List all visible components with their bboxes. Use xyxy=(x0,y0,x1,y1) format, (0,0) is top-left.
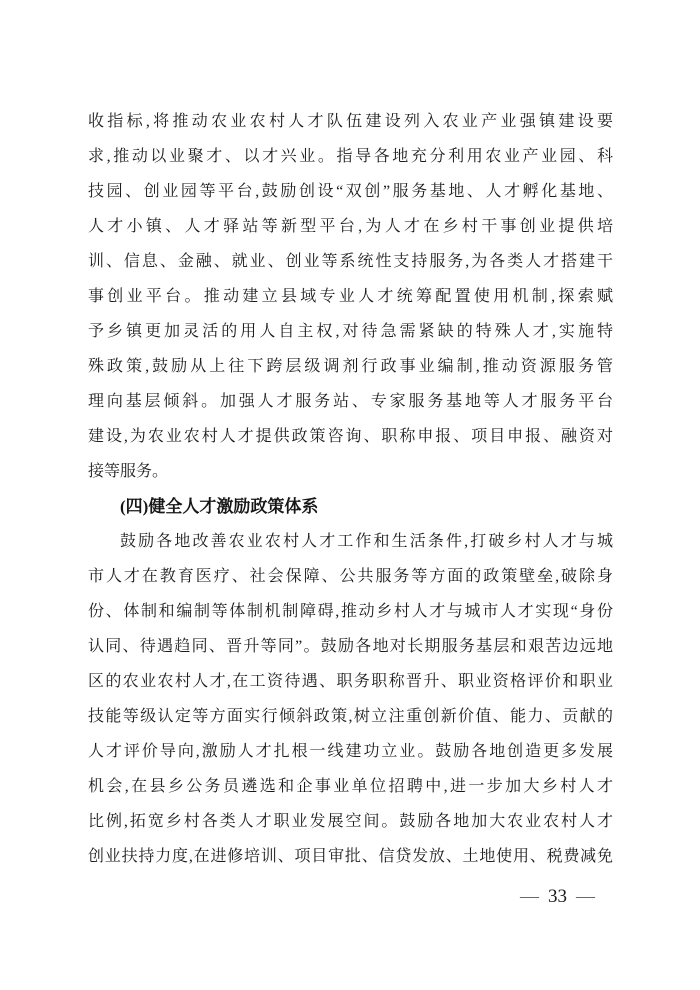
page-footer: — 33 — xyxy=(520,886,595,908)
body-line: 建设,为农业农村人才提供政策咨询、职称申报、项目申报、融资对 xyxy=(88,419,613,454)
body-line: 比例,拓宽乡村各类人才职业发展空间。鼓励各地加大农业农村人才 xyxy=(88,804,613,839)
body-line: 训、信息、金融、就业、创业等系统性支持服务,为各类人才搭建干 xyxy=(88,244,613,279)
body-line: 份、体制和编制等体制机制障碍,推动乡村人才与城市人才实现“身份 xyxy=(88,594,613,629)
body-line: 创业扶持力度,在进修培训、项目审批、信贷发放、土地使用、税费减免 xyxy=(88,839,613,874)
body-line-paragraph-end: 接等服务。 xyxy=(88,454,613,489)
page-number-dash-left: — xyxy=(520,886,539,908)
body-line: 殊政策,鼓励从上往下跨层级调剂行政事业编制,推动资源服务管 xyxy=(88,349,613,384)
body-line: 收指标,将推动农业农村人才队伍建设列入农业产业强镇建设要 xyxy=(88,104,613,139)
body-line: 认同、待遇趋同、晋升等同”。鼓励各地对长期服务基层和艰苦边远地 xyxy=(88,629,613,664)
body-line: 事创业平台。推动建立县域专业人才统筹配置使用机制,探索赋 xyxy=(88,279,613,314)
section-heading: (四)健全人才激励政策体系 xyxy=(88,489,613,524)
body-line: 机会,在县乡公务员遴选和企事业单位招聘中,进一步加大乡村人才 xyxy=(88,769,613,804)
body-line: 人才小镇、人才驿站等新型平台,为人才在乡村干事创业提供培 xyxy=(88,209,613,244)
page-number: 33 xyxy=(548,886,567,908)
body-line: 技能等级认定等方面实行倾斜政策,树立注重创新价值、能力、贡献的 xyxy=(88,699,613,734)
body-line: 技园、创业园等平台,鼓励创设“双创”服务基地、人才孵化基地、 xyxy=(88,174,613,209)
body-line: 予乡镇更加灵活的用人自主权,对待急需紧缺的特殊人才,实施特 xyxy=(88,314,613,349)
body-line: 人才评价导向,激励人才扎根一线建功立业。鼓励各地创造更多发展 xyxy=(88,734,613,769)
document-page: 收指标,将推动农业农村人才队伍建设列入农业产业强镇建设要 求,推动以业聚才、以才… xyxy=(0,0,700,990)
body-line: 求,推动以业聚才、以才兴业。指导各地充分利用农业产业园、科 xyxy=(88,139,613,174)
page-number-dash-right: — xyxy=(576,886,595,908)
body-line-paragraph-start: 鼓励各地改善农业农村人才工作和生活条件,打破乡村人才与城 xyxy=(88,524,613,559)
body-line: 理向基层倾斜。加强人才服务站、专家服务基地等人才服务平台 xyxy=(88,384,613,419)
body-line: 市人才在教育医疗、社会保障、公共服务等方面的政策壁垒,破除身 xyxy=(88,559,613,594)
page-body: 收指标,将推动农业农村人才队伍建设列入农业产业强镇建设要 求,推动以业聚才、以才… xyxy=(88,104,613,874)
body-line: 区的农业农村人才,在工资待遇、职务职称晋升、职业资格评价和职业 xyxy=(88,664,613,699)
